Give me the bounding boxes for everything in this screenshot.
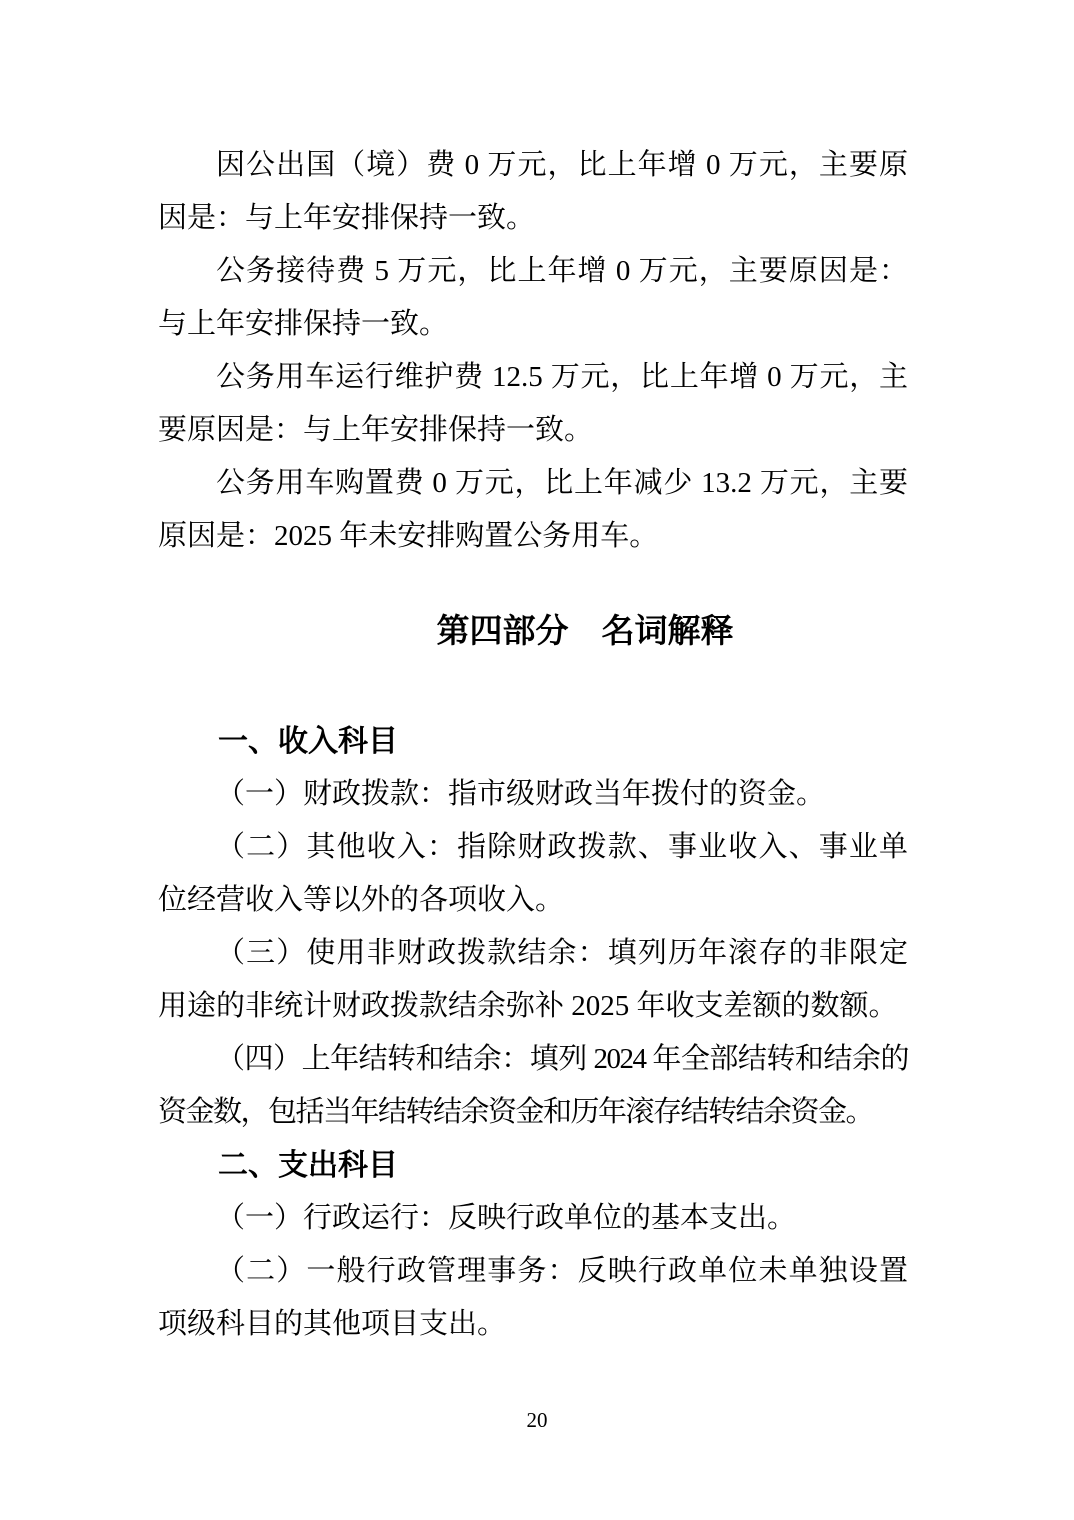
paragraph-expenditure-definition-2: （二）一般行政管理事务：反映行政单位未单独设置项级科目的其他项目支出。 (158, 1245, 908, 1351)
subheading-expenditure-categories: 二、支出科目 (158, 1139, 908, 1192)
paragraph-vehicle-maintenance-fee: 公务用车运行维护费 12.5 万元，比上年增 0 万元，主要原因是：与上年安排保… (158, 351, 908, 457)
paragraph-income-definition-4: （四）上年结转和结余：填列 2024 年全部结转和结余的资金数，包括当年结转结余… (158, 1033, 908, 1139)
subheading-income-categories: 一、收入科目 (158, 715, 908, 768)
page-number: 20 (527, 1408, 548, 1432)
paragraph-income-definition-3: （三）使用非财政拨款结余：填列历年滚存的非限定用途的非统计财政拨款结余弥补 20… (158, 927, 908, 1033)
paragraph-income-definition-2: （二）其他收入：指除财政拨款、事业收入、事业单位经营收入等以外的各项收入。 (158, 821, 908, 927)
paragraph-official-reception-fee: 公务接待费 5 万元，比上年增 0 万元，主要原因是：与上年安排保持一致。 (158, 245, 908, 351)
part-four-title: 第四部分 名词解释 (158, 606, 908, 659)
page-footer: 20 (0, 1405, 1074, 1435)
paragraph-vehicle-purchase-fee: 公务用车购置费 0 万元，比上年减少 13.2 万元，主要原因是：2025 年未… (158, 457, 908, 563)
paragraph-income-definition-1: （一）财政拨款：指市级财政当年拨付的资金。 (158, 768, 908, 821)
paragraph-expenditure-definition-1: （一）行政运行：反映行政单位的基本支出。 (158, 1192, 908, 1245)
document-page: 因公出国（境）费 0 万元，比上年增 0 万元，主要原因是：与上年安排保持一致。… (0, 0, 1074, 1520)
page-content: 因公出国（境）费 0 万元，比上年增 0 万元，主要原因是：与上年安排保持一致。… (158, 139, 908, 1351)
paragraph-outbound-travel-fee: 因公出国（境）费 0 万元，比上年增 0 万元，主要原因是：与上年安排保持一致。 (158, 139, 908, 245)
